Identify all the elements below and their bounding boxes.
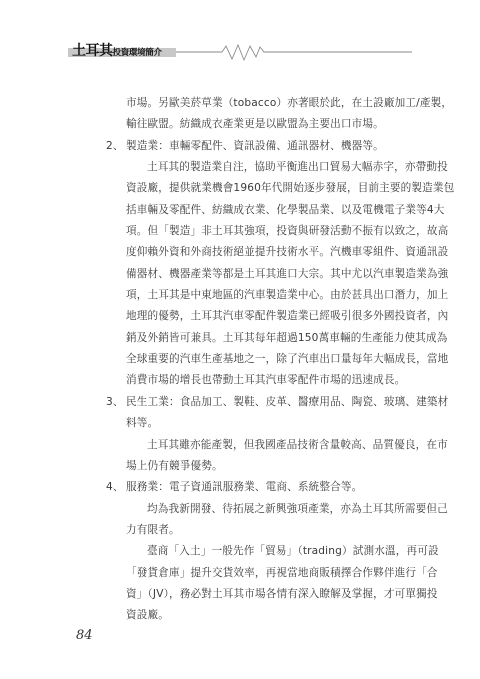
line-text: 均為我新開發、待拓展之新興強項產業，亦為土耳其所需要但己 — [147, 503, 448, 515]
line-text: 土耳其雖亦能產製，但我國產品技術含量較高、品質優良，在市 — [147, 439, 448, 451]
line-text: 項。但「製造」非土耳其強項，投資與研發活動不振有以致之，故高 — [126, 225, 448, 237]
zigzag-line-icon — [68, 40, 414, 64]
line-text: 資設廠，提供就業機會1960年代開始逐步發展，目前主要的製造業包 — [126, 182, 454, 194]
line-text: 料等。 — [126, 417, 158, 429]
text-line: 市場。另歐美菸草業（tobacco）亦著眼於此，在土設廠加工/產製， — [0, 93, 480, 114]
text-line: 輸往歐盟。紡織成衣產業更是以歐盟為主要出口市場。 — [0, 114, 480, 135]
text-line: 項，土耳其是中東地區的汽車製造業中心。由於甚具出口潛力，加上 — [0, 285, 480, 306]
line-text: 資設廠。 — [126, 609, 169, 621]
list-item-line: 4、服務業：電子資通訊服務業、電商、系統整合等。 — [0, 477, 480, 498]
line-text: 民生工業：食品加工、製鞋、皮革、醫療用品、陶瓷、玻璃、建築材 — [126, 396, 448, 408]
line-text: 臺商「入土」一般先作「貿易」（trading）試測水溫，再可設 — [147, 545, 439, 557]
line-text: 備器材、機器產業等都是土耳其進口大宗。其中尤以汽車製造業為強 — [126, 268, 448, 280]
text-line: 資設廠，提供就業機會1960年代開始逐步發展，目前主要的製造業包 — [0, 178, 480, 199]
line-text: 括車輛及零配件、紡織成衣業、化學製品業、以及電機電子業等4大 — [126, 204, 444, 216]
paragraph-first-line: 土耳其的製造業自注，協助平衡進出口貿易大幅赤字，亦帶動投 — [0, 157, 480, 178]
paragraph-first-line: 均為我新開發、待拓展之新興強項產業，亦為土耳其所需要但己 — [0, 499, 480, 520]
paragraph-first-line: 臺商「入土」一般先作「貿易」（trading）試測水溫，再可設 — [0, 541, 480, 562]
running-header: 土耳其投資環境簡介 — [68, 40, 414, 64]
body-text: 市場。另歐美菸草業（tobacco）亦著眼於此，在土設廠加工/產製，輸往歐盟。紡… — [0, 93, 480, 627]
document-page: 土耳其投資環境簡介 市場。另歐美菸草業（tobacco）亦著眼於此，在土設廠加工… — [0, 0, 480, 679]
text-line: 度仰賴外資和外商技術絕並提升技術水平。汽機車零組件、資通訊設 — [0, 242, 480, 263]
text-line: 括車輛及零配件、紡織成衣業、化學製品業、以及電機電子業等4大 — [0, 200, 480, 221]
list-item-number: 4、 — [106, 477, 126, 498]
page-number: 84 — [76, 628, 93, 643]
list-item-line: 2、製造業：車輛零配件、資訊設備、通訊器材、機器等。 — [0, 136, 480, 157]
text-line: 全球重要的汽車生產基地之一，除了汽車出口量每年大幅成長，當地 — [0, 349, 480, 370]
line-text: 輸往歐盟。紡織成衣產業更是以歐盟為主要出口市場。 — [126, 118, 384, 130]
line-text: 度仰賴外資和外商技術絕並提升技術水平。汽機車零組件、資通訊設 — [126, 246, 448, 258]
text-line: 銷及外銷皆可兼具。土耳其每年超過150萬車輛的生產能力使其成為 — [0, 328, 480, 349]
line-text: 地理的優勢，土耳其汽車零配件製造業已經吸引很多外國投資者，內 — [126, 310, 448, 322]
line-text: 項，土耳其是中東地區的汽車製造業中心。由於甚具出口潛力，加上 — [126, 289, 448, 301]
text-line: 場上仍有競爭優勢。 — [0, 456, 480, 477]
list-item-number: 2、 — [106, 136, 126, 157]
line-text: 土耳其的製造業自注，協助平衡進出口貿易大幅赤字，亦帶動投 — [147, 161, 448, 173]
list-item-line: 3、民生工業：食品加工、製鞋、皮革、醫療用品、陶瓷、玻璃、建築材 — [0, 392, 480, 413]
text-line: 資」（JV），務必對土耳其市場各情有深入瞭解及掌握，才可單獨投 — [0, 584, 480, 605]
text-line: 備器材、機器產業等都是土耳其進口大宗。其中尤以汽車製造業為強 — [0, 264, 480, 285]
line-text: 銷及外銷皆可兼具。土耳其每年超過150萬車輛的生產能力使其成為 — [126, 332, 448, 344]
line-text: 消費市場的增長也帶動土耳其汽車零配件市場的迅速成長。 — [126, 374, 405, 386]
line-text: 服務業：電子資通訊服務業、電商、系統整合等。 — [126, 481, 362, 493]
text-line: 料等。 — [0, 413, 480, 434]
text-line: 資設廠。 — [0, 605, 480, 626]
line-text: 市場。另歐美菸草業（tobacco）亦著眼於此，在土設廠加工/產製， — [126, 97, 452, 109]
text-line: 地理的優勢，土耳其汽車零配件製造業已經吸引很多外國投資者，內 — [0, 306, 480, 327]
paragraph-first-line: 土耳其雖亦能產製，但我國產品技術含量較高、品質優良，在市 — [0, 435, 480, 456]
line-text: 製造業：車輛零配件、資訊設備、通訊器材、機器等。 — [126, 140, 384, 152]
line-text: 資」（JV），務必對土耳其市場各情有深入瞭解及掌握，才可單獨投 — [126, 588, 438, 600]
line-text: 力有限者。 — [126, 524, 180, 536]
line-text: 場上仍有競爭優勢。 — [126, 460, 223, 472]
text-line: 力有限者。 — [0, 520, 480, 541]
text-line: 項。但「製造」非土耳其強項，投資與研發活動不振有以致之，故高 — [0, 221, 480, 242]
line-text: 「發貨倉庫」提升交貨效率，再視當地商販積擇合作夥伴進行「合 — [126, 567, 438, 579]
line-text: 全球重要的汽車生產基地之一，除了汽車出口量每年大幅成長，當地 — [126, 353, 448, 365]
text-line: 消費市場的增長也帶動土耳其汽車零配件市場的迅速成長。 — [0, 370, 480, 391]
list-item-number: 3、 — [106, 392, 126, 413]
text-line: 「發貨倉庫」提升交貨效率，再視當地商販積擇合作夥伴進行「合 — [0, 563, 480, 584]
